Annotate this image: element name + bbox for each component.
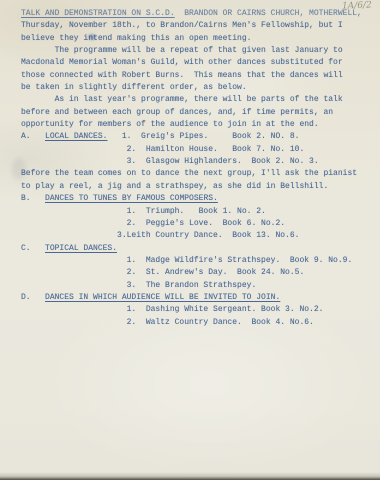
section-d-header-line: D. DANCES IN WHICH AUDIENCE WILL BE INVI… bbox=[21, 292, 371, 304]
paragraph3-line3: opportunity for members of the audience … bbox=[21, 119, 371, 131]
section-a-title: LOCAL DANCES. bbox=[45, 132, 107, 141]
scan-bottom-edge bbox=[0, 472, 380, 480]
paragraph1-line2: Thursday, November 18th., to Brandon/Cai… bbox=[21, 20, 371, 32]
section-d-title: DANCES IN WHICH AUDIENCE WILL BE INVITED… bbox=[45, 293, 280, 302]
section-b-header-line: B. DANCES TO TUNES BY FAMOUS COMPOSERS. bbox=[21, 193, 371, 205]
section-a-letter: A. bbox=[21, 132, 45, 141]
note-line1: Before the team comes on to dance the ne… bbox=[21, 168, 371, 180]
note-line2: to play a reel, a jig and a strathspey, … bbox=[21, 181, 371, 193]
section-b-item3: 3.Leith Country Dance. Book 13. No.6. bbox=[21, 230, 371, 242]
ink-smudge bbox=[88, 34, 96, 40]
title-line: TALK AND DEMONSTRATION ON S.C.D. BRANDON… bbox=[21, 8, 371, 20]
section-b-letter: B. bbox=[21, 194, 45, 203]
paper-smudge bbox=[12, 158, 26, 180]
paragraph3-line2: before and between each group of dances,… bbox=[21, 107, 371, 119]
section-b-title: DANCES TO TUNES BY FAMOUS COMPOSERS. bbox=[45, 194, 218, 203]
section-a-item2: 2. Hamilton House. Book 7. No. 10. bbox=[21, 144, 371, 156]
section-c-letter: C. bbox=[21, 244, 45, 253]
section-c-item2: 2. St. Andrew's Day. Book 24. No.5. bbox=[21, 267, 371, 279]
typescript-body: TALK AND DEMONSTRATION ON S.C.D. BRANDON… bbox=[21, 8, 371, 329]
paragraph2-line2: Macdonald Memorial Woman's Guild, with o… bbox=[21, 57, 371, 69]
section-d-item1: 1. Dashing White Sergeant. Book 3. No.2. bbox=[21, 304, 371, 316]
title-location: BRANDON OR CAIRNS CHURCH, MOTHERWELL, bbox=[175, 9, 362, 18]
section-a-item3: 3. Glasgow Highlanders. Book 2. No. 3. bbox=[21, 156, 371, 168]
section-c-header-line: C. TOPICAL DANCES. bbox=[21, 243, 371, 255]
paragraph2-line3: those connected with Robert Burns. This … bbox=[21, 70, 371, 82]
section-d-letter: D. bbox=[21, 293, 45, 302]
section-c-item1: 1. Madge Wildfire's Strathspey. Book 9. … bbox=[21, 255, 371, 267]
section-a-item1: 1. Greig's Pipes. Book 2. NO. 8. bbox=[107, 132, 299, 141]
section-d-item2: 2. Waltz Country Dance. Book 4. No.6. bbox=[21, 317, 371, 329]
paragraph2-line4: be taken in slightly different order, as… bbox=[21, 82, 371, 94]
title-main: TALK AND DEMONSTRATION ON S.C.D. bbox=[21, 9, 175, 18]
paragraph3-line1: As in last year's programme, there will … bbox=[21, 94, 371, 106]
section-c-item3: 3. The Brandon Strathspey. bbox=[21, 280, 371, 292]
paragraph2-line1: The programme will be a repeat of that g… bbox=[21, 45, 371, 57]
paragraph1-line3: believe they intend making this an open … bbox=[21, 33, 371, 45]
scanned-typescript-page: 1A/6/2 TALK AND DEMONSTRATION ON S.C.D. … bbox=[0, 0, 380, 480]
section-a-header-line: A. LOCAL DANCES. 1. Greig's Pipes. Book … bbox=[21, 131, 371, 143]
section-b-item2: 2. Peggie's Love. Book 6. No.2. bbox=[21, 218, 371, 230]
section-c-title: TOPICAL DANCES. bbox=[45, 244, 117, 253]
section-b-item1: 1. Triumph. Book 1. No. 2. bbox=[21, 206, 371, 218]
